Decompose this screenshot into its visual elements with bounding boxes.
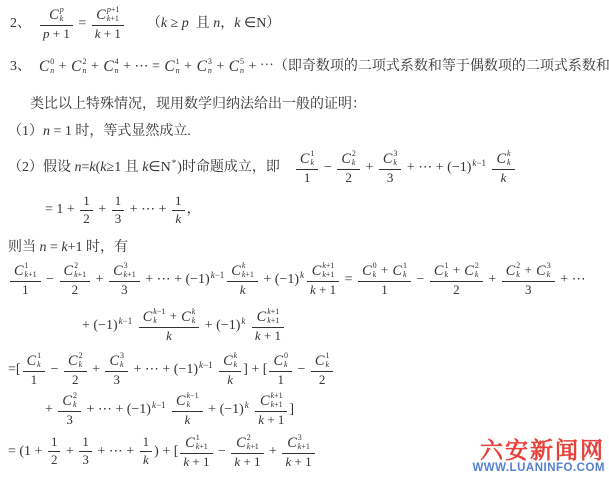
math-run: p + 1 — [43, 27, 70, 42]
binomial-letter: C — [164, 59, 174, 74]
binomial-letter: C — [257, 310, 267, 324]
text-run: + ⋯（即奇数项的二项式系数和等于偶数项的二项式系数和） — [245, 59, 609, 75]
text-run: + — [95, 202, 110, 218]
binomial-letter: C — [27, 354, 37, 368]
text-run: ， — [220, 16, 234, 32]
math-run: 3 — [113, 373, 120, 388]
fraction: Ck−1k + Ckkk — [139, 308, 200, 344]
text-run: − — [413, 272, 428, 288]
binomial-symbol: C1n — [164, 58, 179, 76]
text-run: = (1 + — [8, 444, 46, 460]
binomial-symbol: C3n — [197, 58, 212, 76]
binomial-letter: C — [181, 310, 191, 324]
text-run: + ⋯ + — [126, 202, 170, 218]
binomial-symbol: Ckk — [223, 352, 237, 370]
binomial-letter: C — [312, 264, 322, 278]
fraction: Ck+1k+1k + 1 — [255, 392, 287, 428]
induction-step-2: （2）假设 n=k(k≥1 且 k∈N*)时命题成立，即 C1k1 − C2k2… — [8, 150, 517, 186]
fraction: C0k1 — [269, 352, 292, 388]
binomial-symbol: C2n — [71, 58, 86, 76]
text-run: )时命题成立，即 — [177, 160, 294, 176]
text-run: = — [75, 16, 90, 32]
text-run: ≥1 且 — [107, 160, 143, 176]
binomial-symbol: C1k — [392, 262, 407, 280]
math-run: 2 — [51, 453, 58, 468]
superscript: k−1 — [152, 400, 166, 410]
text-run: − — [47, 362, 62, 378]
fraction: C1k + C2k2 — [430, 262, 483, 298]
text-run: ∈N — [148, 160, 170, 176]
binomial-letter: C — [236, 436, 246, 450]
binomial-letter: C — [113, 264, 123, 278]
binomial-letter: C — [315, 354, 325, 368]
math-run: 1 — [304, 171, 311, 186]
math-run: 1 — [31, 373, 38, 388]
binomial-symbol: Ck−1k — [176, 392, 199, 410]
text-run: + — [89, 362, 104, 378]
math-run: p — [182, 16, 189, 32]
math-run: k + 1 — [255, 329, 281, 344]
fraction: C2k + C3k3 — [502, 262, 555, 298]
text-run: ] + [ — [243, 362, 267, 378]
binomial-letter: C — [64, 264, 74, 278]
text-run: + (−1) — [82, 318, 118, 334]
text-run: 2、 — [10, 16, 38, 32]
binomial-symbol: C2k+1 — [64, 262, 87, 280]
math-run: 3 — [387, 171, 394, 186]
math-run: 3 — [82, 453, 89, 468]
text-run: 3、 — [10, 59, 38, 75]
binomial-letter: C — [496, 152, 506, 166]
binomial-symbol: Cpk — [49, 6, 64, 24]
text-run: + — [378, 263, 392, 278]
expansion-line-2: + (−1)k−1 Ck−1k + Ckkk + (−1)k Ck+1k+1k … — [82, 308, 286, 344]
binomial-symbol: Ck+1k+1 — [260, 392, 283, 410]
text-run: + ⋯ = — [120, 59, 164, 75]
binomial-letter: C — [71, 59, 81, 74]
text-run: + ⋯ + (−1) — [83, 402, 151, 418]
binomial-letter: C — [223, 354, 233, 368]
fraction: 12 — [48, 435, 61, 468]
text-run: = 1 + — [45, 202, 78, 218]
fraction: 13 — [112, 194, 125, 227]
superscript: k−1 — [211, 270, 225, 280]
text-run: + — [485, 272, 500, 288]
fraction: C3k3 — [105, 352, 128, 388]
fraction: Ck+1k+1k + 1 — [307, 262, 339, 298]
text-run: + (−1) — [205, 402, 244, 418]
math-run: k + 1 — [285, 455, 311, 470]
math-run: k — [175, 212, 181, 227]
text-run: + ⋯ + (−1) — [142, 272, 210, 288]
binomial-symbol: C0k — [273, 352, 288, 370]
fraction: C2k+12 — [60, 262, 91, 298]
binomial-symbol: C3k — [109, 352, 124, 370]
superscript: k — [241, 316, 245, 326]
math-run: k — [240, 283, 246, 298]
fraction: Cpkp + 1 — [40, 6, 73, 42]
text-run — [487, 160, 491, 176]
binomial-letter: C — [109, 354, 119, 368]
fraction: 12 — [80, 194, 93, 227]
fraction: C1k+11 — [10, 262, 41, 298]
fraction: C1k1 — [23, 352, 46, 388]
text-run: （ — [126, 16, 161, 32]
binomial-symbol: C2k — [464, 262, 479, 280]
fraction: C2k2 — [337, 150, 360, 186]
math-run: k — [143, 453, 149, 468]
fraction: C3k3 — [379, 150, 402, 186]
text-run: + — [166, 309, 180, 324]
math-run: 2 — [345, 171, 352, 186]
binomial-symbol: C0k — [362, 262, 377, 280]
binomial-symbol: C1k+1 — [185, 434, 208, 452]
binomial-letter: C — [185, 436, 195, 450]
regroup-line-1: =[C1k1 − C2k2 + C3k3 + ⋯ + (−1)k−1 Ckkk]… — [8, 352, 335, 388]
text-run: + ⋯ — [557, 272, 586, 288]
fraction: C1k1 — [296, 150, 319, 186]
watermark-site-url: WWW.LUANINFO.COM — [472, 462, 605, 474]
text-run: =[ — [8, 362, 21, 378]
binomial-letter: C — [392, 264, 402, 278]
binomial-letter: C — [341, 152, 351, 166]
binomial-symbol: C5n — [229, 58, 244, 76]
math-run: 2 — [72, 373, 79, 388]
text-run: + — [62, 444, 77, 460]
superscript: k−1 — [119, 316, 133, 326]
watermark: 六安新闻网 WWW.LUANINFO.COM — [472, 438, 605, 474]
text-run: + — [213, 59, 228, 75]
text-run — [167, 402, 171, 418]
binomial-symbol: C1k — [300, 150, 315, 168]
binomial-symbol: C1k — [315, 352, 330, 370]
math-run: 3 — [66, 413, 73, 428]
text-run — [246, 318, 250, 334]
binomial-letter: C — [231, 264, 241, 278]
binomial-symbol: Ckk — [496, 150, 510, 168]
fraction: 13 — [79, 435, 92, 468]
fraction: C2k3 — [58, 392, 81, 428]
math-run: k — [184, 413, 190, 428]
text-run: + — [55, 59, 70, 75]
math-run: 2 — [453, 283, 460, 298]
fraction: 1k — [140, 435, 153, 468]
math-run: 2 — [83, 212, 90, 227]
fraction: C3k+13 — [109, 262, 140, 298]
math-run: n — [40, 240, 47, 256]
binomial-symbol: C3k — [383, 150, 398, 168]
binomial-letter: C — [506, 264, 516, 278]
text-run: 且 — [189, 16, 214, 32]
math-run: 3 — [115, 212, 122, 227]
text-run: − — [320, 160, 335, 176]
binomial-symbol: C0n — [39, 58, 54, 76]
text-run: + — [45, 402, 56, 418]
binomial-letter: C — [103, 59, 113, 74]
text-run: + (−1) — [260, 272, 299, 288]
item-2-formula: 2、 Cpkp + 1 = Cp+1k+1k + 1 （k ≥ p 且 n，k … — [10, 6, 280, 42]
binomial-letter: C — [287, 436, 297, 450]
text-run: − — [215, 444, 230, 460]
superscript: k−1 — [199, 360, 213, 370]
binomial-letter: C — [536, 264, 546, 278]
text-run — [133, 318, 137, 334]
binomial-symbol: Ck+1k+1 — [257, 308, 280, 326]
text-run: + ⋯ + — [94, 444, 138, 460]
binomial-symbol: C3k+1 — [287, 434, 310, 452]
binomial-symbol: C4n — [103, 58, 118, 76]
text-run — [214, 362, 218, 378]
binomial-letter: C — [68, 354, 78, 368]
text-run: + — [181, 59, 196, 75]
text-run: = — [47, 240, 62, 256]
binomial-symbol: C1k — [27, 352, 42, 370]
binomial-symbol: Cp+1k+1 — [96, 6, 119, 24]
text-run: + — [362, 160, 377, 176]
text-run: ] — [289, 402, 294, 418]
binomial-letter: C — [383, 152, 393, 166]
binomial-letter: C — [176, 394, 186, 408]
text-run: 类比以上特殊情况，现用数学归纳法给出一般的证明： — [30, 97, 366, 113]
text-run: ∈N） — [241, 16, 281, 32]
expansion-line-1: C1k+11 − C2k+12 + C3k+13 + ⋯ + (−1)k−1Ck… — [8, 262, 586, 298]
fraction: Ckkk — [492, 150, 514, 186]
binomial-symbol: Ckk+1 — [231, 262, 254, 280]
text-run: +1 时，有 — [68, 240, 128, 256]
then-statement: 则当 n = k+1 时，有 — [8, 240, 128, 256]
binomial-letter: C — [62, 394, 72, 408]
text-run: （2）假设 — [8, 160, 75, 176]
fraction: Ck+1k+1k + 1 — [252, 308, 284, 344]
binomial-letter: C — [39, 59, 49, 74]
binomial-symbol: C3k — [536, 262, 551, 280]
binomial-letter: C — [362, 264, 372, 278]
text-run: + — [92, 272, 107, 288]
math-run: 3 — [121, 283, 128, 298]
watermark-site-name: 六安新闻网 — [472, 438, 605, 462]
math-run: 1 — [83, 194, 90, 209]
analogy-note: 类比以上特殊情况，现用数学归纳法给出一般的证明： — [30, 97, 366, 113]
regroup-line-2: + C2k3 + ⋯ + (−1)k−1 Ck−1kk + (−1)k Ck+1… — [45, 392, 294, 428]
fraction: C0k + C1k1 — [358, 262, 411, 298]
binomial-symbol: C2k+1 — [236, 434, 259, 452]
fraction: C2k2 — [64, 352, 87, 388]
binomial-symbol: Ck−1k — [143, 308, 166, 326]
text-run: ≥ — [167, 16, 182, 32]
text-run: + (−1) — [201, 318, 240, 334]
text-run — [250, 402, 254, 418]
binomial-symbol: Ckk — [181, 308, 195, 326]
math-run: k + 1 — [183, 455, 209, 470]
superscript: * — [172, 158, 177, 168]
binomial-letter: C — [260, 394, 270, 408]
math-run: 3 — [525, 283, 532, 298]
binomial-symbol: C1k — [434, 262, 449, 280]
binomial-letter: C — [96, 8, 106, 22]
text-run: ) + [ — [154, 444, 178, 460]
math-run: n — [43, 124, 50, 140]
binomial-letter: C — [14, 264, 24, 278]
fraction: C2k+1k + 1 — [231, 434, 263, 470]
math-run: k — [501, 171, 507, 186]
text-run: − — [43, 272, 58, 288]
binomial-letter: C — [273, 354, 283, 368]
fraction: Ckkk — [219, 352, 241, 388]
fraction: C3k+1k + 1 — [282, 434, 314, 470]
math-run: 1 — [175, 194, 182, 209]
binomial-letter: C — [49, 8, 59, 22]
binomial-letter: C — [143, 310, 153, 324]
math-run: 1 — [277, 373, 284, 388]
text-run: + — [449, 263, 463, 278]
binomial-symbol: C1k+1 — [14, 262, 37, 280]
superscript: k — [245, 400, 249, 410]
superscript: k−1 — [472, 158, 486, 168]
text-run: + — [266, 444, 281, 460]
binomial-letter: C — [464, 264, 474, 278]
binomial-symbol: C2k — [506, 262, 521, 280]
math-run: n — [213, 16, 220, 32]
math-run: k — [166, 329, 172, 344]
fraction: 1k — [172, 194, 185, 227]
math-run: 1 — [22, 283, 29, 298]
math-run: 1 — [51, 435, 58, 450]
item-3-formula: 3、 C0n + C2n + C4n + ⋯ = C1n + C3n + C5n… — [10, 58, 609, 76]
binomial-symbol: C2k — [341, 150, 356, 168]
math-run: 1 — [381, 283, 388, 298]
math-document: 2、 Cpkp + 1 = Cp+1k+1k + 1 （k ≥ p 且 n，k … — [0, 0, 609, 482]
binomial-symbol: C2k — [62, 392, 77, 410]
text-run: （1） — [8, 124, 43, 140]
math-run: k — [227, 373, 233, 388]
math-run: k + 1 — [310, 283, 336, 298]
text-run: + ⋯ + (−1) — [130, 362, 198, 378]
binomial-symbol: C2k — [68, 352, 83, 370]
binomial-symbol: Ck+1k+1 — [312, 262, 335, 280]
binomial-symbol: C3k+1 — [113, 262, 136, 280]
text-run: + ⋯ + (−1) — [403, 160, 471, 176]
fraction: C1k2 — [311, 352, 334, 388]
text-run: 则当 — [8, 240, 40, 256]
binomial-letter: C — [197, 59, 207, 74]
text-run: + — [87, 59, 102, 75]
math-run: n=k(k — [75, 160, 107, 176]
binomial-letter: C — [229, 59, 239, 74]
text-run: = — [341, 272, 356, 288]
math-run: 1 — [143, 435, 150, 450]
fraction: C1k+1k + 1 — [180, 434, 212, 470]
fraction: Ckk+1k — [227, 262, 258, 298]
text-run: + — [521, 263, 535, 278]
text-run: = 1 时，等式显然成立. — [50, 124, 191, 140]
math-run: k + 1 — [234, 455, 260, 470]
superscript: k — [300, 270, 304, 280]
conclusion-line: = (1 + 12 + 13 + ⋯ + 1k) + [C1k+1k + 1 −… — [8, 434, 317, 470]
text-run: ， — [187, 202, 201, 218]
induction-step-1: （1）n = 1 时，等式显然成立. — [8, 124, 191, 140]
hypothesis-sum: = 1 + 12 + 13 + ⋯ + 1k， — [45, 194, 201, 227]
math-run: 2 — [72, 283, 79, 298]
binomial-letter: C — [300, 152, 310, 166]
math-run: k + 1 — [95, 27, 121, 42]
fraction: Ck−1kk — [172, 392, 203, 428]
math-run: 1 — [115, 194, 122, 209]
binomial-letter: C — [434, 264, 444, 278]
math-run: 1 — [82, 435, 89, 450]
fraction: Cp+1k+1k + 1 — [92, 6, 124, 42]
math-run: 2 — [319, 373, 326, 388]
math-run: k + 1 — [258, 413, 284, 428]
text-run: − — [294, 362, 309, 378]
